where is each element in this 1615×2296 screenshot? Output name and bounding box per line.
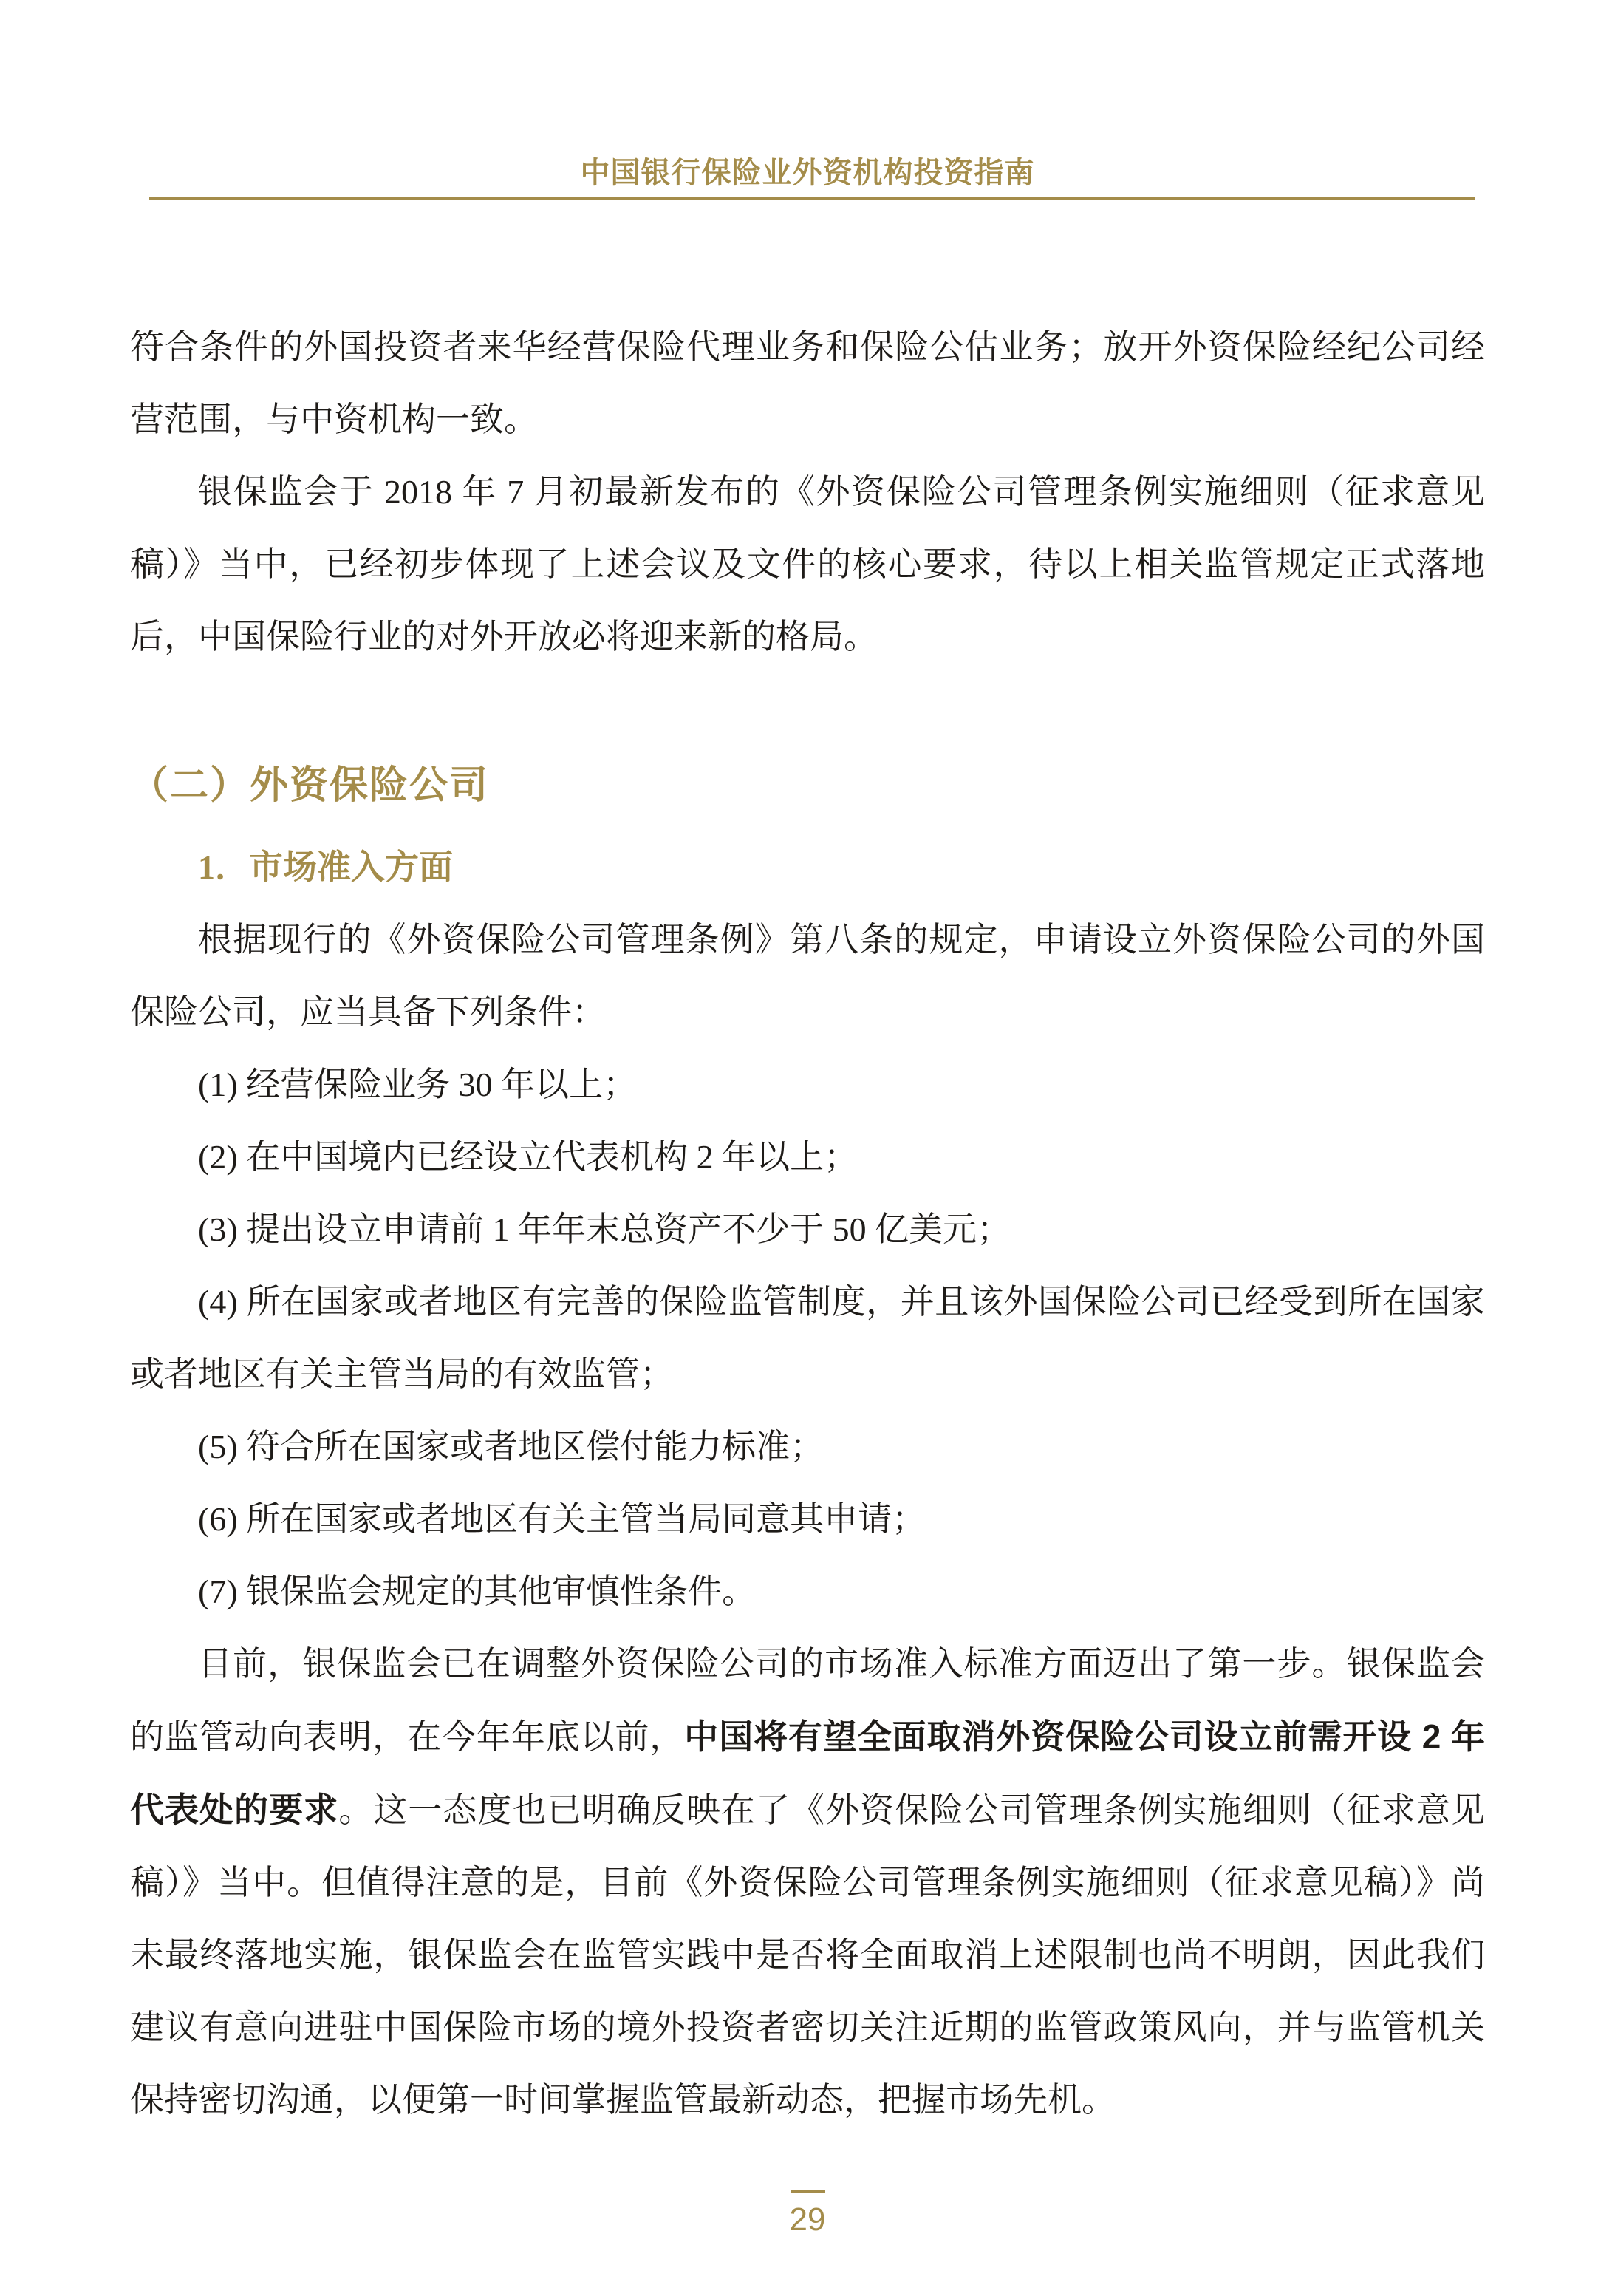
- paragraph-outlook: 目前，银保监会已在调整外资保险公司的市场准入标准方面迈出了第一步。银保监会的监管…: [130, 1628, 1485, 2136]
- list-item-5: (5) 符合所在国家或者地区偿付能力标准；: [130, 1411, 1485, 1483]
- footer-rule: [791, 2190, 825, 2193]
- list-item-4: (4) 所在国家或者地区有完善的保险监管制度，并且该外国保险公司已经受到所在国家…: [130, 1266, 1485, 1411]
- subsection-heading-market-access: 1．市场准入方面: [130, 831, 1485, 904]
- paragraph-regulation-draft: 银保监会于 2018 年 7 月初最新发布的《外资保险公司管理条例实施细则（征求…: [130, 456, 1485, 673]
- list-item-6: (6) 所在国家或者地区有关主管当局同意其申请；: [130, 1483, 1485, 1556]
- header-rule: [149, 197, 1475, 200]
- list-item-2: (2) 在中国境内已经设立代表机构 2 年以上；: [130, 1121, 1485, 1193]
- list-item-3: (3) 提出设立申请前 1 年年末总资产不少于 50 亿美元；: [130, 1193, 1485, 1266]
- paragraph-continuation: 符合条件的外国投资者来华经营保险代理业务和保险公估业务；放开外资保险经纪公司经营…: [130, 311, 1485, 456]
- section-heading-foreign-insurance-companies: （二）外资保险公司: [130, 750, 1485, 822]
- document-body: 符合条件的外国投资者来华经营保险代理业务和保险公估业务；放开外资保险经纪公司经营…: [130, 311, 1485, 2136]
- list-item-1: (1) 经营保险业务 30 年以上；: [130, 1049, 1485, 1121]
- paragraph-conditions-intro: 根据现行的《外资保险公司管理条例》第八条的规定，申请设立外资保险公司的外国保险公…: [130, 904, 1485, 1049]
- page-number: 29: [0, 2202, 1615, 2238]
- header-title: 中国银行保险业外资机构投资指南: [0, 157, 1615, 189]
- list-item-7: (7) 银保监会规定的其他审慎性条件。: [130, 1556, 1485, 1628]
- text-run-after-bold: 。这一态度也已明确反映在了《外资保险公司管理条例实施细则（征求意见稿）》当中。但…: [130, 1791, 1485, 2119]
- document-page: 中国银行保险业外资机构投资指南 符合条件的外国投资者来华经营保险代理业务和保险公…: [0, 0, 1615, 2296]
